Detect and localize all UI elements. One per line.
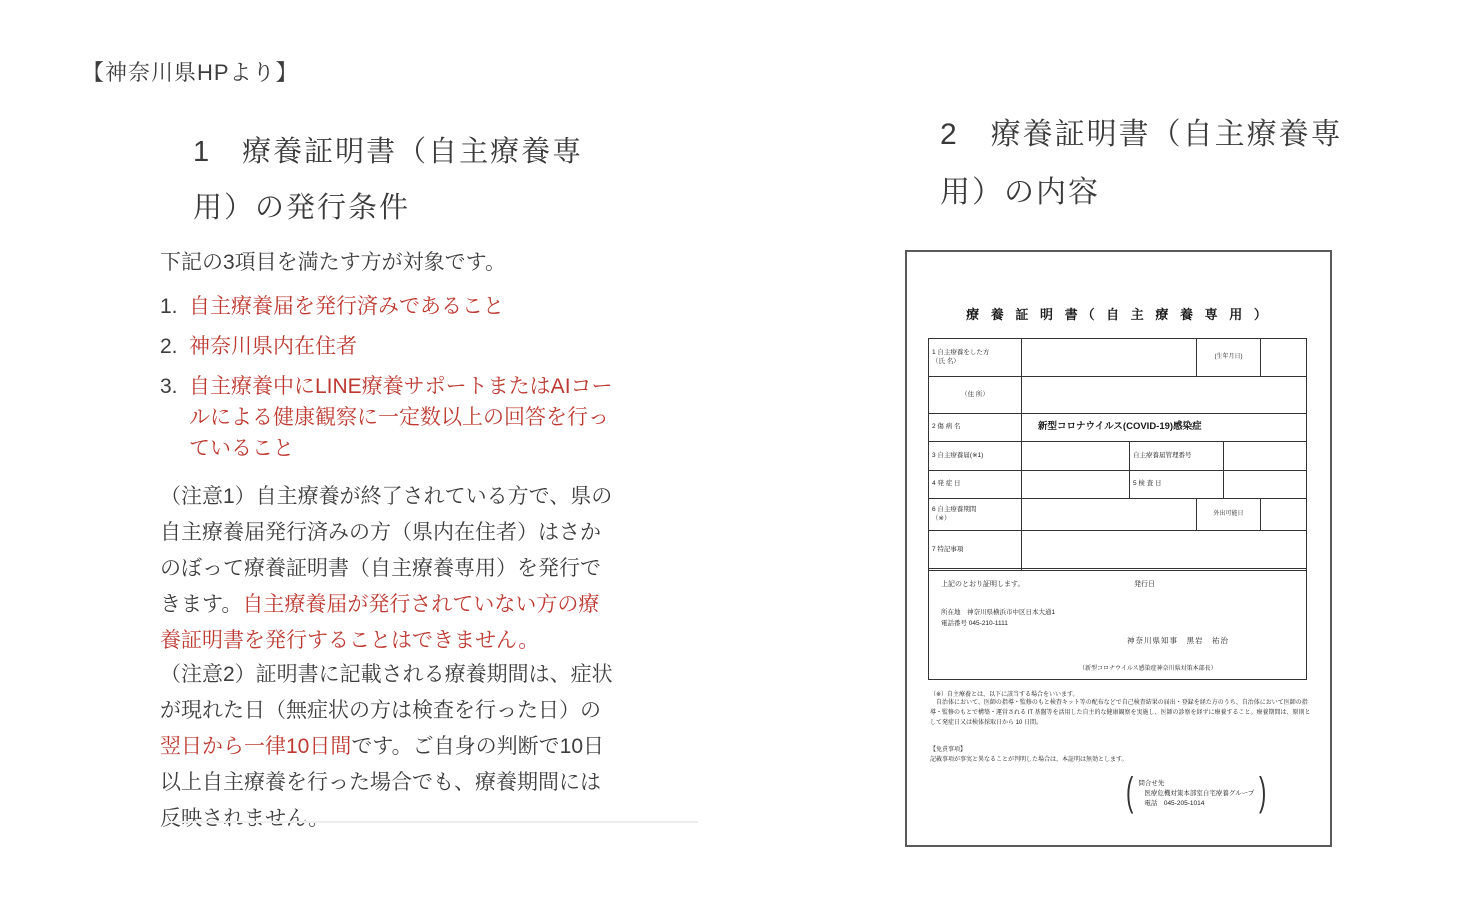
- disclaimer-heading: 【免責事項】: [930, 744, 966, 753]
- note2-paragraph: （注意2）証明書に記載される療養期間は、症状 が現れた日（無症状の方は検査を行っ…: [160, 657, 680, 837]
- condition-number: 3.: [160, 371, 189, 464]
- cert-cell-report-number-value: [1223, 442, 1306, 470]
- statement-text: 上記のとおり証明します。: [941, 579, 1024, 589]
- condition-number: 1.: [160, 291, 189, 322]
- footnote-body: 自治体において、医師の指導・監修のもと検査キット等の配布などで自己検査結果の届出…: [930, 699, 1311, 729]
- cert-cell-period-value: [1021, 499, 1196, 530]
- condition-item-2: 2. 神奈川県内在住者: [160, 331, 700, 362]
- cert-cell-name-value: [1021, 339, 1196, 376]
- open-paren: (: [1126, 772, 1133, 812]
- issuer-phone: 電話番号 045-210-1111: [941, 618, 1008, 627]
- section1-heading: 1 療養証明書（自主療養専 用）の発行条件: [193, 124, 583, 236]
- issue-date-label: 発行日: [1134, 579, 1155, 589]
- cert-cell-remarks-label: 7 特記事項: [929, 531, 1021, 570]
- certificate-title: 療 養 証 明 書（ 自 主 療 養 専 用 ）: [907, 304, 1330, 323]
- issuer-address: 所在地 神奈川県横浜市中区日本大通1: [941, 607, 1055, 616]
- condition-number: 2.: [160, 331, 189, 362]
- cert-cell-birth-value: [1260, 339, 1306, 376]
- certificate-statement-box: 上記のとおり証明します。 発行日 所在地 神奈川県横浜市中区日本大通1 電話番号…: [928, 568, 1307, 680]
- condition-text: 自主療養届を発行済みであること: [189, 291, 504, 322]
- condition-item-3: 3. 自主療養中にLINE療養サポートまたはAIコー ルによる健康観察に一定数以…: [160, 371, 700, 464]
- cert-cell-period-label: 6 自主療養期間 （※）: [929, 499, 1021, 530]
- cert-cell-address-label: （住 所）: [929, 377, 1021, 413]
- source-label: 【神奈川県HPより】: [82, 56, 299, 87]
- cert-cell-report-label: 3 自主療養届(※1): [929, 442, 1021, 470]
- cert-cell-outing-value: [1260, 499, 1306, 530]
- separator-line: [168, 821, 698, 823]
- close-paren: ): [1259, 772, 1266, 812]
- cert-row-name: 1 自主療養をした方 （氏 名） (生年月日): [929, 339, 1306, 376]
- cert-cell-test-value: [1223, 471, 1306, 498]
- cert-row-disease: 2 傷 病 名 新型コロナウイルス(COVID-19)感染症: [929, 413, 1306, 441]
- cert-row-period: 6 自主療養期間 （※） 外出可能日: [929, 498, 1306, 530]
- cert-cell-name-label: 1 自主療養をした方 （氏 名）: [929, 339, 1021, 376]
- condition-item-1: 1. 自主療養届を発行済みであること: [160, 291, 700, 322]
- section2-heading: 2 療養証明書（自主療養専 用）の内容: [940, 106, 1343, 222]
- disclaimer-body: 記載事項が事実と異なることが判明した場合は、本証明は無効とします。: [930, 754, 1311, 763]
- governor-name: 神奈川県知事 黒岩 祐治: [1127, 635, 1229, 646]
- intro-text: 下記の3項目を満たす方が対象です。: [160, 246, 506, 276]
- cert-row-remarks: 7 特記事項: [929, 530, 1306, 570]
- cert-cell-report-value: [1021, 442, 1129, 470]
- contact-heading: 問合せ先: [1138, 778, 1254, 787]
- condition-text: 自主療養中にLINE療養サポートまたはAIコー ルによる健康観察に一定数以上の回…: [189, 371, 613, 464]
- cert-cell-test-label: 5 検 査 日: [1129, 471, 1223, 498]
- cert-cell-address-value: [1021, 377, 1306, 413]
- certificate-table: 1 自主療養をした方 （氏 名） (生年月日) （住 所） 2 傷 病 名 新型…: [928, 338, 1307, 571]
- cert-cell-birth-label: (生年月日): [1196, 339, 1260, 376]
- cert-cell-outing-label: 外出可能日: [1196, 499, 1260, 530]
- cert-cell-report-number-label: 自主療養届管理番号: [1129, 442, 1223, 470]
- cert-cell-disease-value: 新型コロナウイルス(COVID-19)感染症: [1021, 414, 1306, 441]
- condition-list: 1. 自主療養届を発行済みであること 2. 神奈川県内在住者 3. 自主療養中に…: [160, 291, 700, 464]
- contact-group: 医療危機対策本部室自宅療養グループ: [1138, 788, 1254, 797]
- certificate-image: 療 養 証 明 書（ 自 主 療 養 専 用 ） 1 自主療養をした方 （氏 名…: [905, 250, 1332, 847]
- governor-title: （新型コロナウイルス感染症神奈川県対策本部長）: [1079, 663, 1217, 672]
- cert-cell-disease-label: 2 傷 病 名: [929, 414, 1021, 441]
- contact-phone: 電話 045-205-1014: [1138, 798, 1254, 807]
- condition-text: 神奈川県内在住者: [189, 331, 357, 362]
- footnote-line1: （※）自主療養とは、以下に該当する場合をいいます。: [930, 689, 1311, 698]
- cert-cell-onset-value: [1021, 471, 1129, 498]
- cert-row-address: （住 所）: [929, 376, 1306, 413]
- note1-paragraph: （注意1）自主療養が終了されている方で、県の 自主療養届発行済みの方（県内在住者…: [160, 479, 680, 659]
- contact-box: ( 問合せ先 医療危機対策本部室自宅療養グループ 電話 045-205-1014…: [1123, 772, 1270, 812]
- cert-cell-remarks-value: [1021, 531, 1306, 570]
- cert-row-onset: 4 発 症 日 5 検 査 日: [929, 470, 1306, 498]
- cert-cell-onset-label: 4 発 症 日: [929, 471, 1021, 498]
- cert-row-report: 3 自主療養届(※1) 自主療養届管理番号: [929, 441, 1306, 470]
